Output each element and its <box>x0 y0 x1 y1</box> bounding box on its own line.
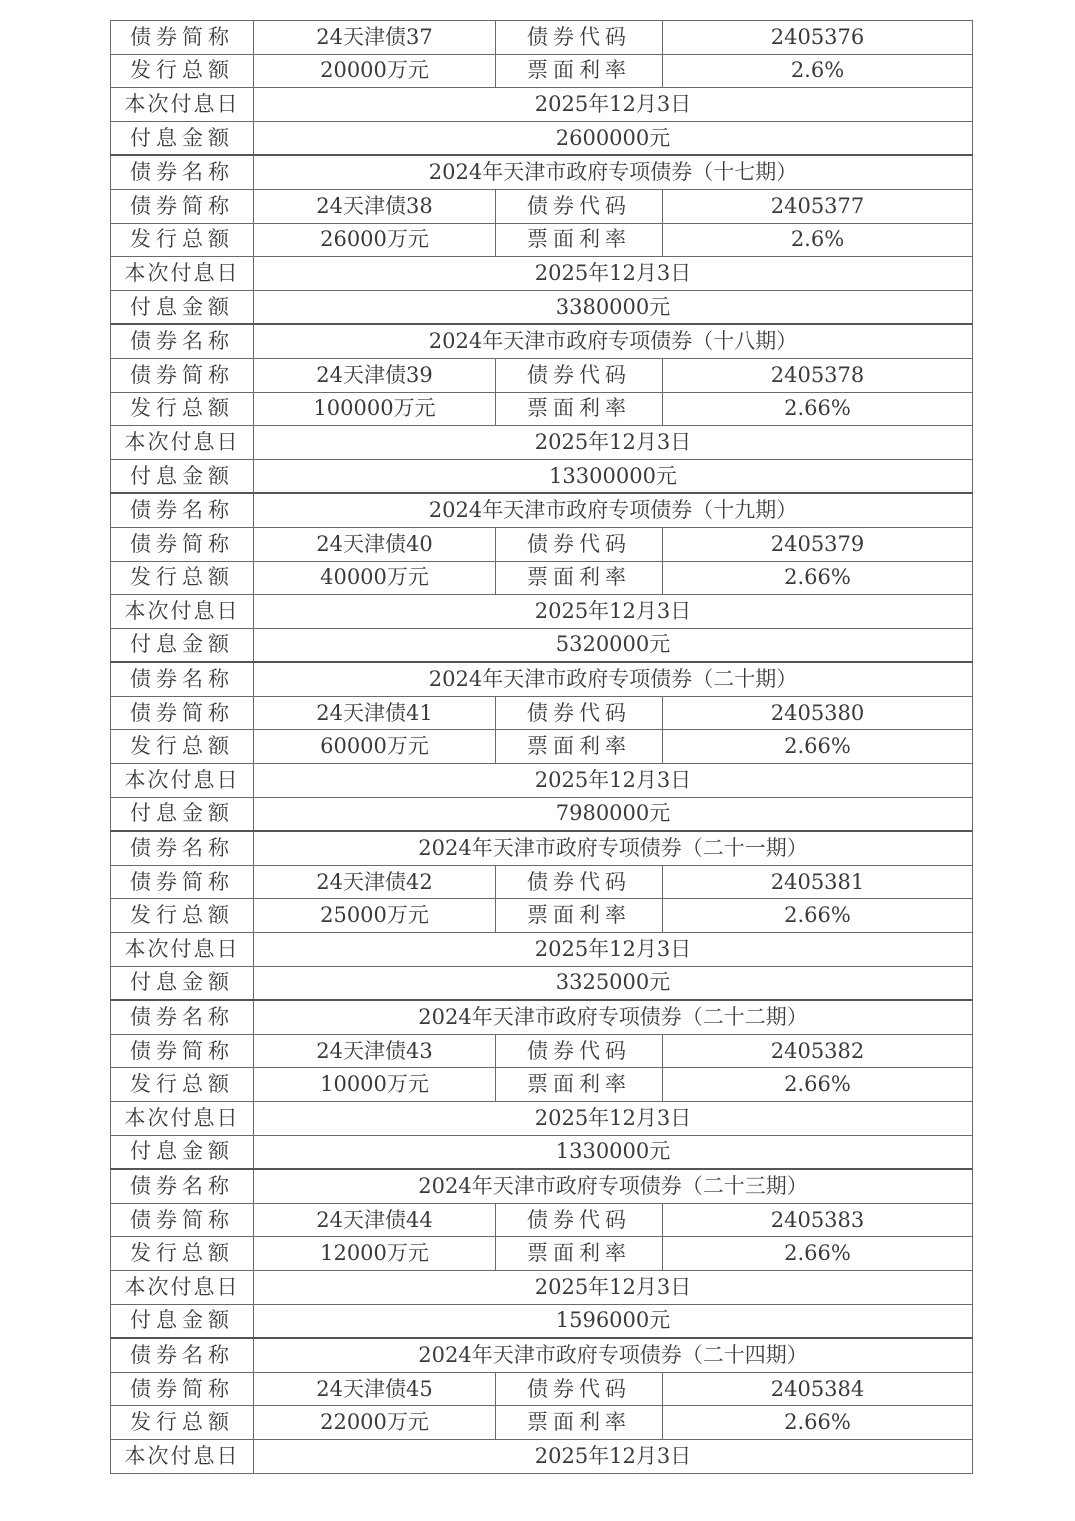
interest-amount-row: 付息金额7980000元 <box>111 797 973 831</box>
label-coupon-rate: 票面利率 <box>496 1068 663 1102</box>
bond-issue-row: 发行总额22000万元票面利率2.66% <box>111 1406 973 1440</box>
label-issue-amount: 发行总额 <box>111 561 254 595</box>
label-short-name: 债券简称 <box>111 1203 254 1237</box>
label-short-name: 债券简称 <box>111 527 254 561</box>
issue-amount-value: 20000万元 <box>254 54 496 88</box>
label-payment-date: 本次付息日 <box>111 257 254 291</box>
bond-name-value: 2024年天津市政府专项债券（十八期） <box>254 324 973 358</box>
label-bond-code: 债券代码 <box>496 865 663 899</box>
bond-short-name-row: 债券简称24天津债39债券代码2405378 <box>111 358 973 392</box>
label-bond-code: 债券代码 <box>496 1203 663 1237</box>
bond-issue-row: 发行总额25000万元票面利率2.66% <box>111 899 973 933</box>
bond-name-value: 2024年天津市政府专项债券（二十一期） <box>254 831 973 865</box>
issue-amount-value: 22000万元 <box>254 1406 496 1440</box>
interest-amount-row: 付息金额5320000元 <box>111 628 973 662</box>
interest-amount-value: 2600000元 <box>254 121 973 155</box>
payment-date-row: 本次付息日2025年12月3日 <box>111 933 973 967</box>
bond-code-value: 2405381 <box>663 865 973 899</box>
payment-date-value: 2025年12月3日 <box>254 88 973 122</box>
label-issue-amount: 发行总额 <box>111 1406 254 1440</box>
bond-code-value: 2405382 <box>663 1034 973 1068</box>
label-interest-amount: 付息金额 <box>111 1135 254 1169</box>
interest-amount-row: 付息金额3325000元 <box>111 966 973 1000</box>
bond-code-value: 2405376 <box>663 21 973 55</box>
interest-amount-value: 1596000元 <box>254 1304 973 1338</box>
bond-name-row: 债券名称2024年天津市政府专项债券（十八期） <box>111 324 973 358</box>
label-bond-name: 债券名称 <box>111 662 254 696</box>
label-issue-amount: 发行总额 <box>111 730 254 764</box>
short-name-value: 24天津债44 <box>254 1203 496 1237</box>
label-issue-amount: 发行总额 <box>111 392 254 426</box>
bond-issue-row: 发行总额100000万元票面利率2.66% <box>111 392 973 426</box>
interest-amount-row: 付息金额1330000元 <box>111 1135 973 1169</box>
payment-date-value: 2025年12月3日 <box>254 1270 973 1304</box>
payment-date-value: 2025年12月3日 <box>254 257 973 291</box>
label-coupon-rate: 票面利率 <box>496 561 663 595</box>
label-interest-amount: 付息金额 <box>111 797 254 831</box>
interest-amount-row: 付息金额13300000元 <box>111 459 973 493</box>
label-bond-name: 债券名称 <box>111 324 254 358</box>
coupon-rate-value: 2.66% <box>663 561 973 595</box>
bond-name-value: 2024年天津市政府专项债券（十七期） <box>254 155 973 189</box>
bond-code-value: 2405383 <box>663 1203 973 1237</box>
bond-short-name-row: 债券简称24天津债41债券代码2405380 <box>111 696 973 730</box>
payment-date-row: 本次付息日2025年12月3日 <box>111 1439 973 1473</box>
payment-date-value: 2025年12月3日 <box>254 764 973 798</box>
label-coupon-rate: 票面利率 <box>496 730 663 764</box>
issue-amount-value: 40000万元 <box>254 561 496 595</box>
label-interest-amount: 付息金额 <box>111 290 254 324</box>
label-bond-code: 债券代码 <box>496 189 663 223</box>
label-payment-date: 本次付息日 <box>111 1270 254 1304</box>
bond-issue-row: 发行总额60000万元票面利率2.66% <box>111 730 973 764</box>
coupon-rate-value: 2.66% <box>663 1406 973 1440</box>
issue-amount-value: 25000万元 <box>254 899 496 933</box>
label-coupon-rate: 票面利率 <box>496 223 663 257</box>
label-bond-name: 债券名称 <box>111 1000 254 1034</box>
coupon-rate-value: 2.66% <box>663 1068 973 1102</box>
interest-amount-row: 付息金额2600000元 <box>111 121 973 155</box>
payment-date-row: 本次付息日2025年12月3日 <box>111 764 973 798</box>
payment-date-value: 2025年12月3日 <box>254 1102 973 1136</box>
label-interest-amount: 付息金额 <box>111 628 254 662</box>
coupon-rate-value: 2.6% <box>663 223 973 257</box>
bond-name-value: 2024年天津市政府专项债券（二十三期） <box>254 1169 973 1203</box>
bond-short-name-row: 债券简称24天津债43债券代码2405382 <box>111 1034 973 1068</box>
interest-amount-value: 3380000元 <box>254 290 973 324</box>
short-name-value: 24天津债45 <box>254 1372 496 1406</box>
bond-name-value: 2024年天津市政府专项债券（二十四期） <box>254 1338 973 1372</box>
short-name-value: 24天津债39 <box>254 358 496 392</box>
label-payment-date: 本次付息日 <box>111 1102 254 1136</box>
short-name-value: 24天津债42 <box>254 865 496 899</box>
label-short-name: 债券简称 <box>111 358 254 392</box>
payment-date-row: 本次付息日2025年12月3日 <box>111 257 973 291</box>
bond-short-name-row: 债券简称24天津债38债券代码2405377 <box>111 189 973 223</box>
label-coupon-rate: 票面利率 <box>496 1237 663 1271</box>
label-payment-date: 本次付息日 <box>111 1439 254 1473</box>
coupon-rate-value: 2.6% <box>663 54 973 88</box>
label-issue-amount: 发行总额 <box>111 1237 254 1271</box>
issue-amount-value: 10000万元 <box>254 1068 496 1102</box>
bond-issue-row: 发行总额12000万元票面利率2.66% <box>111 1237 973 1271</box>
label-issue-amount: 发行总额 <box>111 223 254 257</box>
label-coupon-rate: 票面利率 <box>496 54 663 88</box>
payment-date-value: 2025年12月3日 <box>254 1439 973 1473</box>
issue-amount-value: 26000万元 <box>254 223 496 257</box>
label-interest-amount: 付息金额 <box>111 121 254 155</box>
label-short-name: 债券简称 <box>111 865 254 899</box>
bond-name-row: 债券名称2024年天津市政府专项债券（十七期） <box>111 155 973 189</box>
bond-name-row: 债券名称2024年天津市政府专项债券（十九期） <box>111 493 973 527</box>
label-short-name: 债券简称 <box>111 189 254 223</box>
label-payment-date: 本次付息日 <box>111 88 254 122</box>
bond-name-row: 债券名称2024年天津市政府专项债券（二十期） <box>111 662 973 696</box>
short-name-value: 24天津债38 <box>254 189 496 223</box>
short-name-value: 24天津债37 <box>254 21 496 55</box>
label-coupon-rate: 票面利率 <box>496 1406 663 1440</box>
short-name-value: 24天津债41 <box>254 696 496 730</box>
label-short-name: 债券简称 <box>111 1034 254 1068</box>
bond-code-value: 2405378 <box>663 358 973 392</box>
interest-amount-row: 付息金额3380000元 <box>111 290 973 324</box>
bond-name-value: 2024年天津市政府专项债券（二十期） <box>254 662 973 696</box>
bond-name-value: 2024年天津市政府专项债券（十九期） <box>254 493 973 527</box>
label-coupon-rate: 票面利率 <box>496 392 663 426</box>
label-payment-date: 本次付息日 <box>111 764 254 798</box>
interest-amount-value: 7980000元 <box>254 797 973 831</box>
payment-date-row: 本次付息日2025年12月3日 <box>111 1270 973 1304</box>
issue-amount-value: 12000万元 <box>254 1237 496 1271</box>
label-interest-amount: 付息金额 <box>111 459 254 493</box>
label-bond-name: 债券名称 <box>111 1169 254 1203</box>
label-bond-code: 债券代码 <box>496 1372 663 1406</box>
label-issue-amount: 发行总额 <box>111 899 254 933</box>
bond-code-value: 2405379 <box>663 527 973 561</box>
interest-amount-value: 1330000元 <box>254 1135 973 1169</box>
coupon-rate-value: 2.66% <box>663 392 973 426</box>
interest-amount-value: 3325000元 <box>254 966 973 1000</box>
short-name-value: 24天津债43 <box>254 1034 496 1068</box>
interest-amount-value: 5320000元 <box>254 628 973 662</box>
label-issue-amount: 发行总额 <box>111 54 254 88</box>
label-issue-amount: 发行总额 <box>111 1068 254 1102</box>
bond-short-name-row: 债券简称24天津债45债券代码2405384 <box>111 1372 973 1406</box>
label-interest-amount: 付息金额 <box>111 966 254 1000</box>
bond-code-value: 2405384 <box>663 1372 973 1406</box>
bond-code-value: 2405377 <box>663 189 973 223</box>
label-bond-code: 债券代码 <box>496 21 663 55</box>
label-short-name: 债券简称 <box>111 21 254 55</box>
bond-name-value: 2024年天津市政府专项债券（二十二期） <box>254 1000 973 1034</box>
label-payment-date: 本次付息日 <box>111 426 254 460</box>
issue-amount-value: 100000万元 <box>254 392 496 426</box>
bond-issue-row: 发行总额26000万元票面利率2.6% <box>111 223 973 257</box>
label-short-name: 债券简称 <box>111 1372 254 1406</box>
label-payment-date: 本次付息日 <box>111 595 254 629</box>
label-bond-code: 债券代码 <box>496 358 663 392</box>
bond-issue-row: 发行总额10000万元票面利率2.66% <box>111 1068 973 1102</box>
interest-amount-row: 付息金额1596000元 <box>111 1304 973 1338</box>
bond-name-row: 债券名称2024年天津市政府专项债券（二十四期） <box>111 1338 973 1372</box>
bond-name-row: 债券名称2024年天津市政府专项债券（二十一期） <box>111 831 973 865</box>
label-bond-name: 债券名称 <box>111 155 254 189</box>
payment-date-value: 2025年12月3日 <box>254 933 973 967</box>
payment-date-value: 2025年12月3日 <box>254 595 973 629</box>
bond-name-row: 债券名称2024年天津市政府专项债券（二十三期） <box>111 1169 973 1203</box>
label-bond-code: 债券代码 <box>496 1034 663 1068</box>
payment-date-row: 本次付息日2025年12月3日 <box>111 1102 973 1136</box>
coupon-rate-value: 2.66% <box>663 899 973 933</box>
bond-short-name-row: 债券简称24天津债40债券代码2405379 <box>111 527 973 561</box>
payment-date-row: 本次付息日2025年12月3日 <box>111 88 973 122</box>
label-bond-name: 债券名称 <box>111 831 254 865</box>
payment-date-row: 本次付息日2025年12月3日 <box>111 595 973 629</box>
bond-short-name-row: 债券简称24天津债42债券代码2405381 <box>111 865 973 899</box>
bond-code-value: 2405380 <box>663 696 973 730</box>
label-short-name: 债券简称 <box>111 696 254 730</box>
bond-table-body: 债券简称24天津债37债券代码2405376发行总额20000万元票面利率2.6… <box>111 21 973 1474</box>
payment-date-row: 本次付息日2025年12月3日 <box>111 426 973 460</box>
bond-issue-row: 发行总额40000万元票面利率2.66% <box>111 561 973 595</box>
issue-amount-value: 60000万元 <box>254 730 496 764</box>
bond-short-name-row: 债券简称24天津债44债券代码2405383 <box>111 1203 973 1237</box>
coupon-rate-value: 2.66% <box>663 730 973 764</box>
label-bond-code: 债券代码 <box>496 696 663 730</box>
interest-amount-value: 13300000元 <box>254 459 973 493</box>
label-bond-name: 债券名称 <box>111 493 254 527</box>
bond-short-name-row: 债券简称24天津债37债券代码2405376 <box>111 21 973 55</box>
short-name-value: 24天津债40 <box>254 527 496 561</box>
label-bond-name: 债券名称 <box>111 1338 254 1372</box>
coupon-rate-value: 2.66% <box>663 1237 973 1271</box>
bond-issue-row: 发行总额20000万元票面利率2.6% <box>111 54 973 88</box>
label-bond-code: 债券代码 <box>496 527 663 561</box>
label-interest-amount: 付息金额 <box>111 1304 254 1338</box>
bond-name-row: 债券名称2024年天津市政府专项债券（二十二期） <box>111 1000 973 1034</box>
payment-date-value: 2025年12月3日 <box>254 426 973 460</box>
bond-interest-table: 债券简称24天津债37债券代码2405376发行总额20000万元票面利率2.6… <box>110 20 973 1474</box>
label-payment-date: 本次付息日 <box>111 933 254 967</box>
label-coupon-rate: 票面利率 <box>496 899 663 933</box>
